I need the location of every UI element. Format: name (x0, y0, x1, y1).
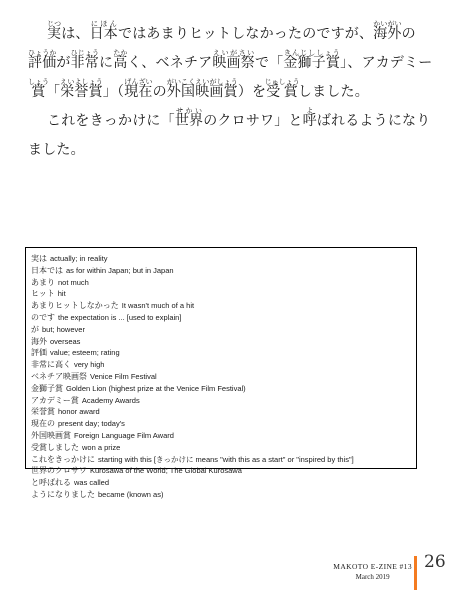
article-line: これをきっかけに「世界せかいのクロサワ」と呼よばれるようになり (28, 107, 440, 136)
vocab-definition-en: but; however (42, 325, 85, 334)
vocab-row: これをきっかけにstarting with this [きっかけに means … (31, 453, 412, 465)
article-line: 賞しょう「栄誉賞えいよしょう」（現在げんざいの外国映画賞がいこくえいがしょう）を… (28, 78, 440, 107)
vocab-term-jp: アカデミー賞 (31, 396, 79, 405)
vocab-row: のですthe expectation is ... [used to expla… (31, 311, 412, 323)
vocab-term-jp: 現在の (31, 419, 55, 428)
vocabulary-box: 実はactually; in reality 日本ではas for within… (25, 247, 417, 469)
vocab-definition-en: Foreign Language Film Award (74, 431, 174, 440)
vocab-row: 非常に高くvery high (31, 358, 412, 370)
vocab-definition-en: actually; in reality (50, 254, 108, 263)
vocab-row: 金獅子賞Golden Lion (highest prize at the Ve… (31, 382, 412, 394)
vocab-definition-en: overseas (50, 337, 80, 346)
vocab-definition-en: Kurosawa of the World; The Global Kurosa… (90, 466, 242, 475)
vocab-definition-en: the expectation is ... [used to explain] (58, 313, 181, 322)
vocab-definition-en: honor award (58, 407, 100, 416)
vocab-row: 現在のpresent day; today's (31, 417, 412, 429)
vocab-row: あまりヒットしなかったIt wasn't much of a hit (31, 299, 412, 311)
vocab-definition-en: very high (74, 360, 104, 369)
zine-title: MAKOTO E-ZINE #13 (333, 561, 412, 572)
vocab-row: 実はactually; in reality (31, 252, 412, 264)
vocab-term-jp: 金獅子賞 (31, 384, 63, 393)
footer-accent-bar (414, 556, 417, 590)
vocab-term-jp: 日本では (31, 266, 63, 275)
vocab-definition-en: won a prize (82, 443, 120, 452)
vocab-definition-en: starting with this [きっかけに means "with th… (98, 455, 354, 464)
vocab-term-jp: のです (31, 313, 55, 322)
vocab-term-jp: あまりヒットしなかった (31, 301, 119, 310)
vocab-definition-en: Academy Awards (82, 396, 140, 405)
vocab-row: ベネチア映画祭Venice Film Festival (31, 370, 412, 382)
vocab-row: と呼ばれるwas called (31, 476, 412, 488)
vocab-definition-en: value; esteem; rating (50, 348, 120, 357)
vocab-row: 評価value; esteem; rating (31, 346, 412, 358)
vocab-term-jp: これをきっかけに (31, 455, 95, 464)
vocab-term-jp: 世界のクロサワ (31, 466, 87, 475)
vocab-row: 海外overseas (31, 335, 412, 347)
magazine-page: 実じつは、日本にほんではあまりヒットしなかったのですが、海外かいがいの 評価ひょ… (0, 0, 461, 599)
vocab-term-jp: 非常に高く (31, 360, 71, 369)
vocab-row: あまりnot much (31, 276, 412, 288)
vocab-term-jp: あまり (31, 278, 55, 287)
vocab-term-jp: ヒット (31, 289, 55, 298)
vocab-row: 日本ではas for within Japan; but in Japan (31, 264, 412, 276)
article-line: 評価ひょうかが非常ひじょうに高たかく、ベネチア映画祭えいがさいで「金獅子賞きんじ… (28, 49, 440, 78)
vocab-definition-en: not much (58, 278, 89, 287)
footer: MAKOTO E-ZINE #13 March 2019 (333, 561, 412, 583)
vocab-term-jp: ベネチア映画祭 (31, 372, 87, 381)
article-line: ました。 (28, 136, 440, 165)
vocab-term-jp: 海外 (31, 337, 47, 346)
vocab-definition-en: Golden Lion (highest prize at the Venice… (66, 384, 246, 393)
page-number: 26 (424, 552, 446, 572)
vocab-term-jp: 実は (31, 254, 47, 263)
vocab-row: 世界のクロサワKurosawa of the World; The Global… (31, 464, 412, 476)
vocab-definition-en: present day; today's (58, 419, 125, 428)
vocab-definition-en: Venice Film Festival (90, 372, 157, 381)
vocab-row: 栄誉賞honor award (31, 405, 412, 417)
vocab-definition-en: was called (74, 478, 109, 487)
vocab-definition-en: as for within Japan; but in Japan (66, 266, 174, 275)
issue-date: March 2019 (333, 572, 412, 583)
vocab-term-jp: 栄誉賞 (31, 407, 55, 416)
vocab-row: 外国映画賞Foreign Language Film Award (31, 429, 412, 441)
vocab-row: 受賞しましたwon a prize (31, 441, 412, 453)
vocab-row: ヒットhit (31, 287, 412, 299)
vocab-row: ようになりましたbecame (known as) (31, 488, 412, 500)
article-text: 実じつは、日本にほんではあまりヒットしなかったのですが、海外かいがいの 評価ひょ… (28, 20, 440, 165)
vocab-term-jp: ようになりました (31, 490, 95, 499)
article-line: 実じつは、日本にほんではあまりヒットしなかったのですが、海外かいがいの (28, 20, 440, 49)
vocab-term-jp: と呼ばれる (31, 478, 71, 487)
vocab-term-jp: 外国映画賞 (31, 431, 71, 440)
vocab-row: がbut; however (31, 323, 412, 335)
vocab-definition-en: hit (58, 289, 66, 298)
vocab-term-jp: 受賞しました (31, 443, 79, 452)
vocab-definition-en: became (known as) (98, 490, 163, 499)
vocab-row: アカデミー賞Academy Awards (31, 394, 412, 406)
vocab-definition-en: It wasn't much of a hit (122, 301, 194, 310)
vocab-term-jp: が (31, 325, 39, 334)
vocab-term-jp: 評価 (31, 348, 47, 357)
